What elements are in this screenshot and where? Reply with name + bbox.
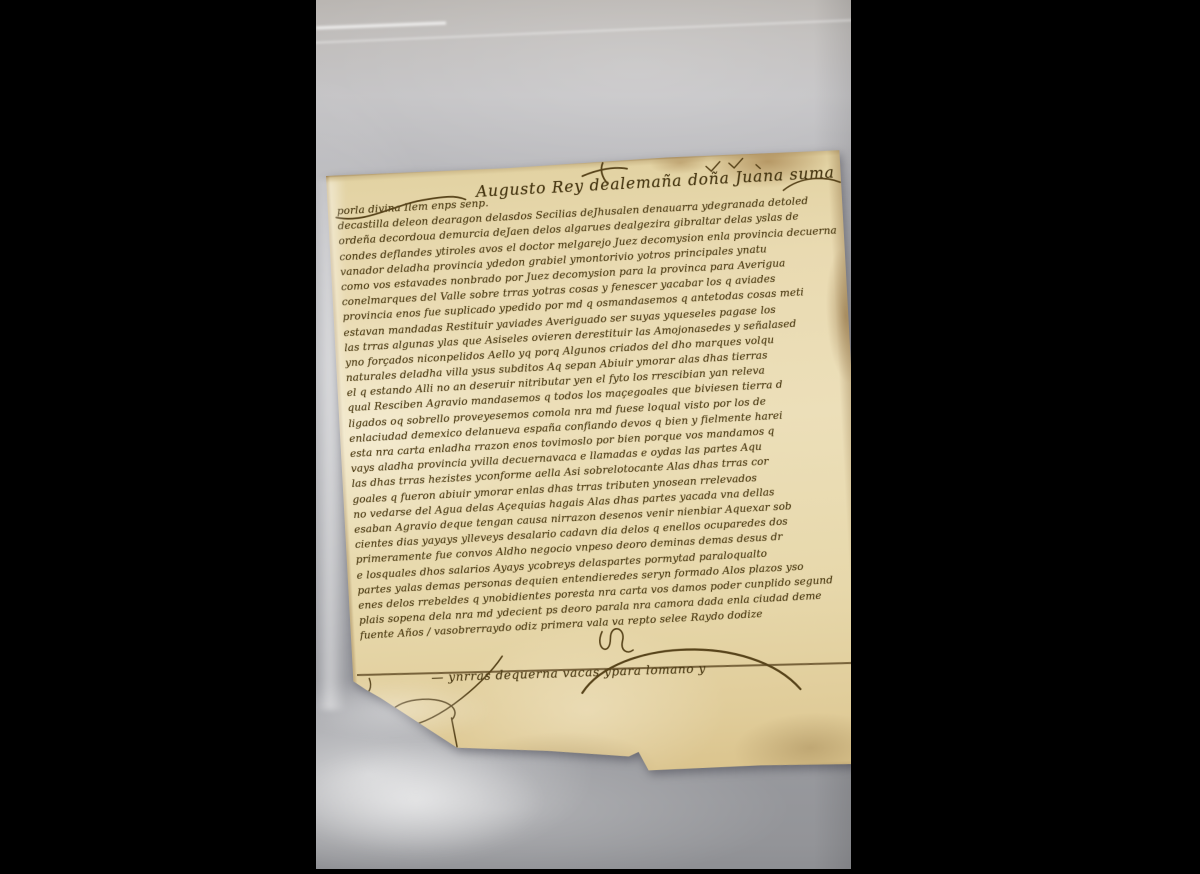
margin-bracket-mark [362,678,371,694]
manuscript-text: Augusto Rey dealemaña doña Juana sumadre… [326,148,851,645]
parchment: Augusto Rey dealemaña doña Juana sumadre… [326,148,851,797]
endorsement-line: — ynrras dequerna vacas ypara lomano y [431,656,851,684]
photo-area: Augusto Rey dealemaña doña Juana sumadre… [316,0,851,870]
letterbox-left [0,0,316,874]
plastic-sleeve-glint [316,22,446,30]
letterbox-right [851,0,1200,874]
plastic-sleeve-edge [316,18,851,44]
letterbox-bottom [0,869,1200,874]
manuscript-document: Augusto Rey dealemaña doña Juana sumadre… [326,148,851,797]
video-frame: Augusto Rey dealemaña doña Juana sumadre… [0,0,1200,874]
paraph-squiggle [599,628,633,653]
